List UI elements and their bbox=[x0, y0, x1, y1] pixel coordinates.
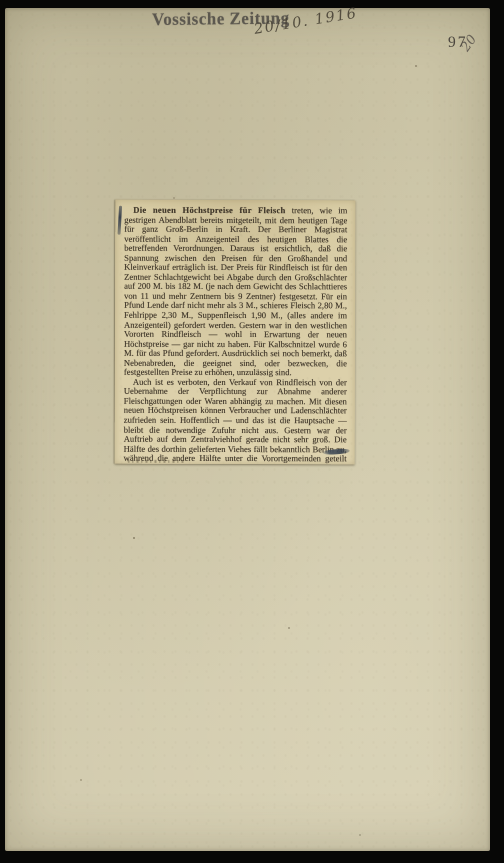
paper-specks bbox=[133, 537, 135, 539]
clipping-text: Die neuen Höchstpreise für Fleisch trete… bbox=[115, 200, 356, 465]
page-number: 97 bbox=[448, 34, 468, 52]
scan-background: { "page": { "stamp": "Vossische Zeitung"… bbox=[0, 0, 504, 863]
album-page: Vossische Zeitung 20/10. 1916 20 97 Die … bbox=[5, 8, 490, 851]
clipping-paragraph-1: Die neuen Höchstpreise für Fleisch trete… bbox=[124, 206, 347, 378]
clipping-paragraph-2: Auch ist es verboten, den Verkauf von Ri… bbox=[124, 378, 347, 465]
newspaper-clipping: Die neuen Höchstpreise für Fleisch trete… bbox=[115, 200, 356, 465]
clipping-paragraph-1-body: treten, wie im gestrigen Abendblatt bere… bbox=[124, 205, 347, 377]
cutoff-line-remnant bbox=[128, 460, 186, 463]
